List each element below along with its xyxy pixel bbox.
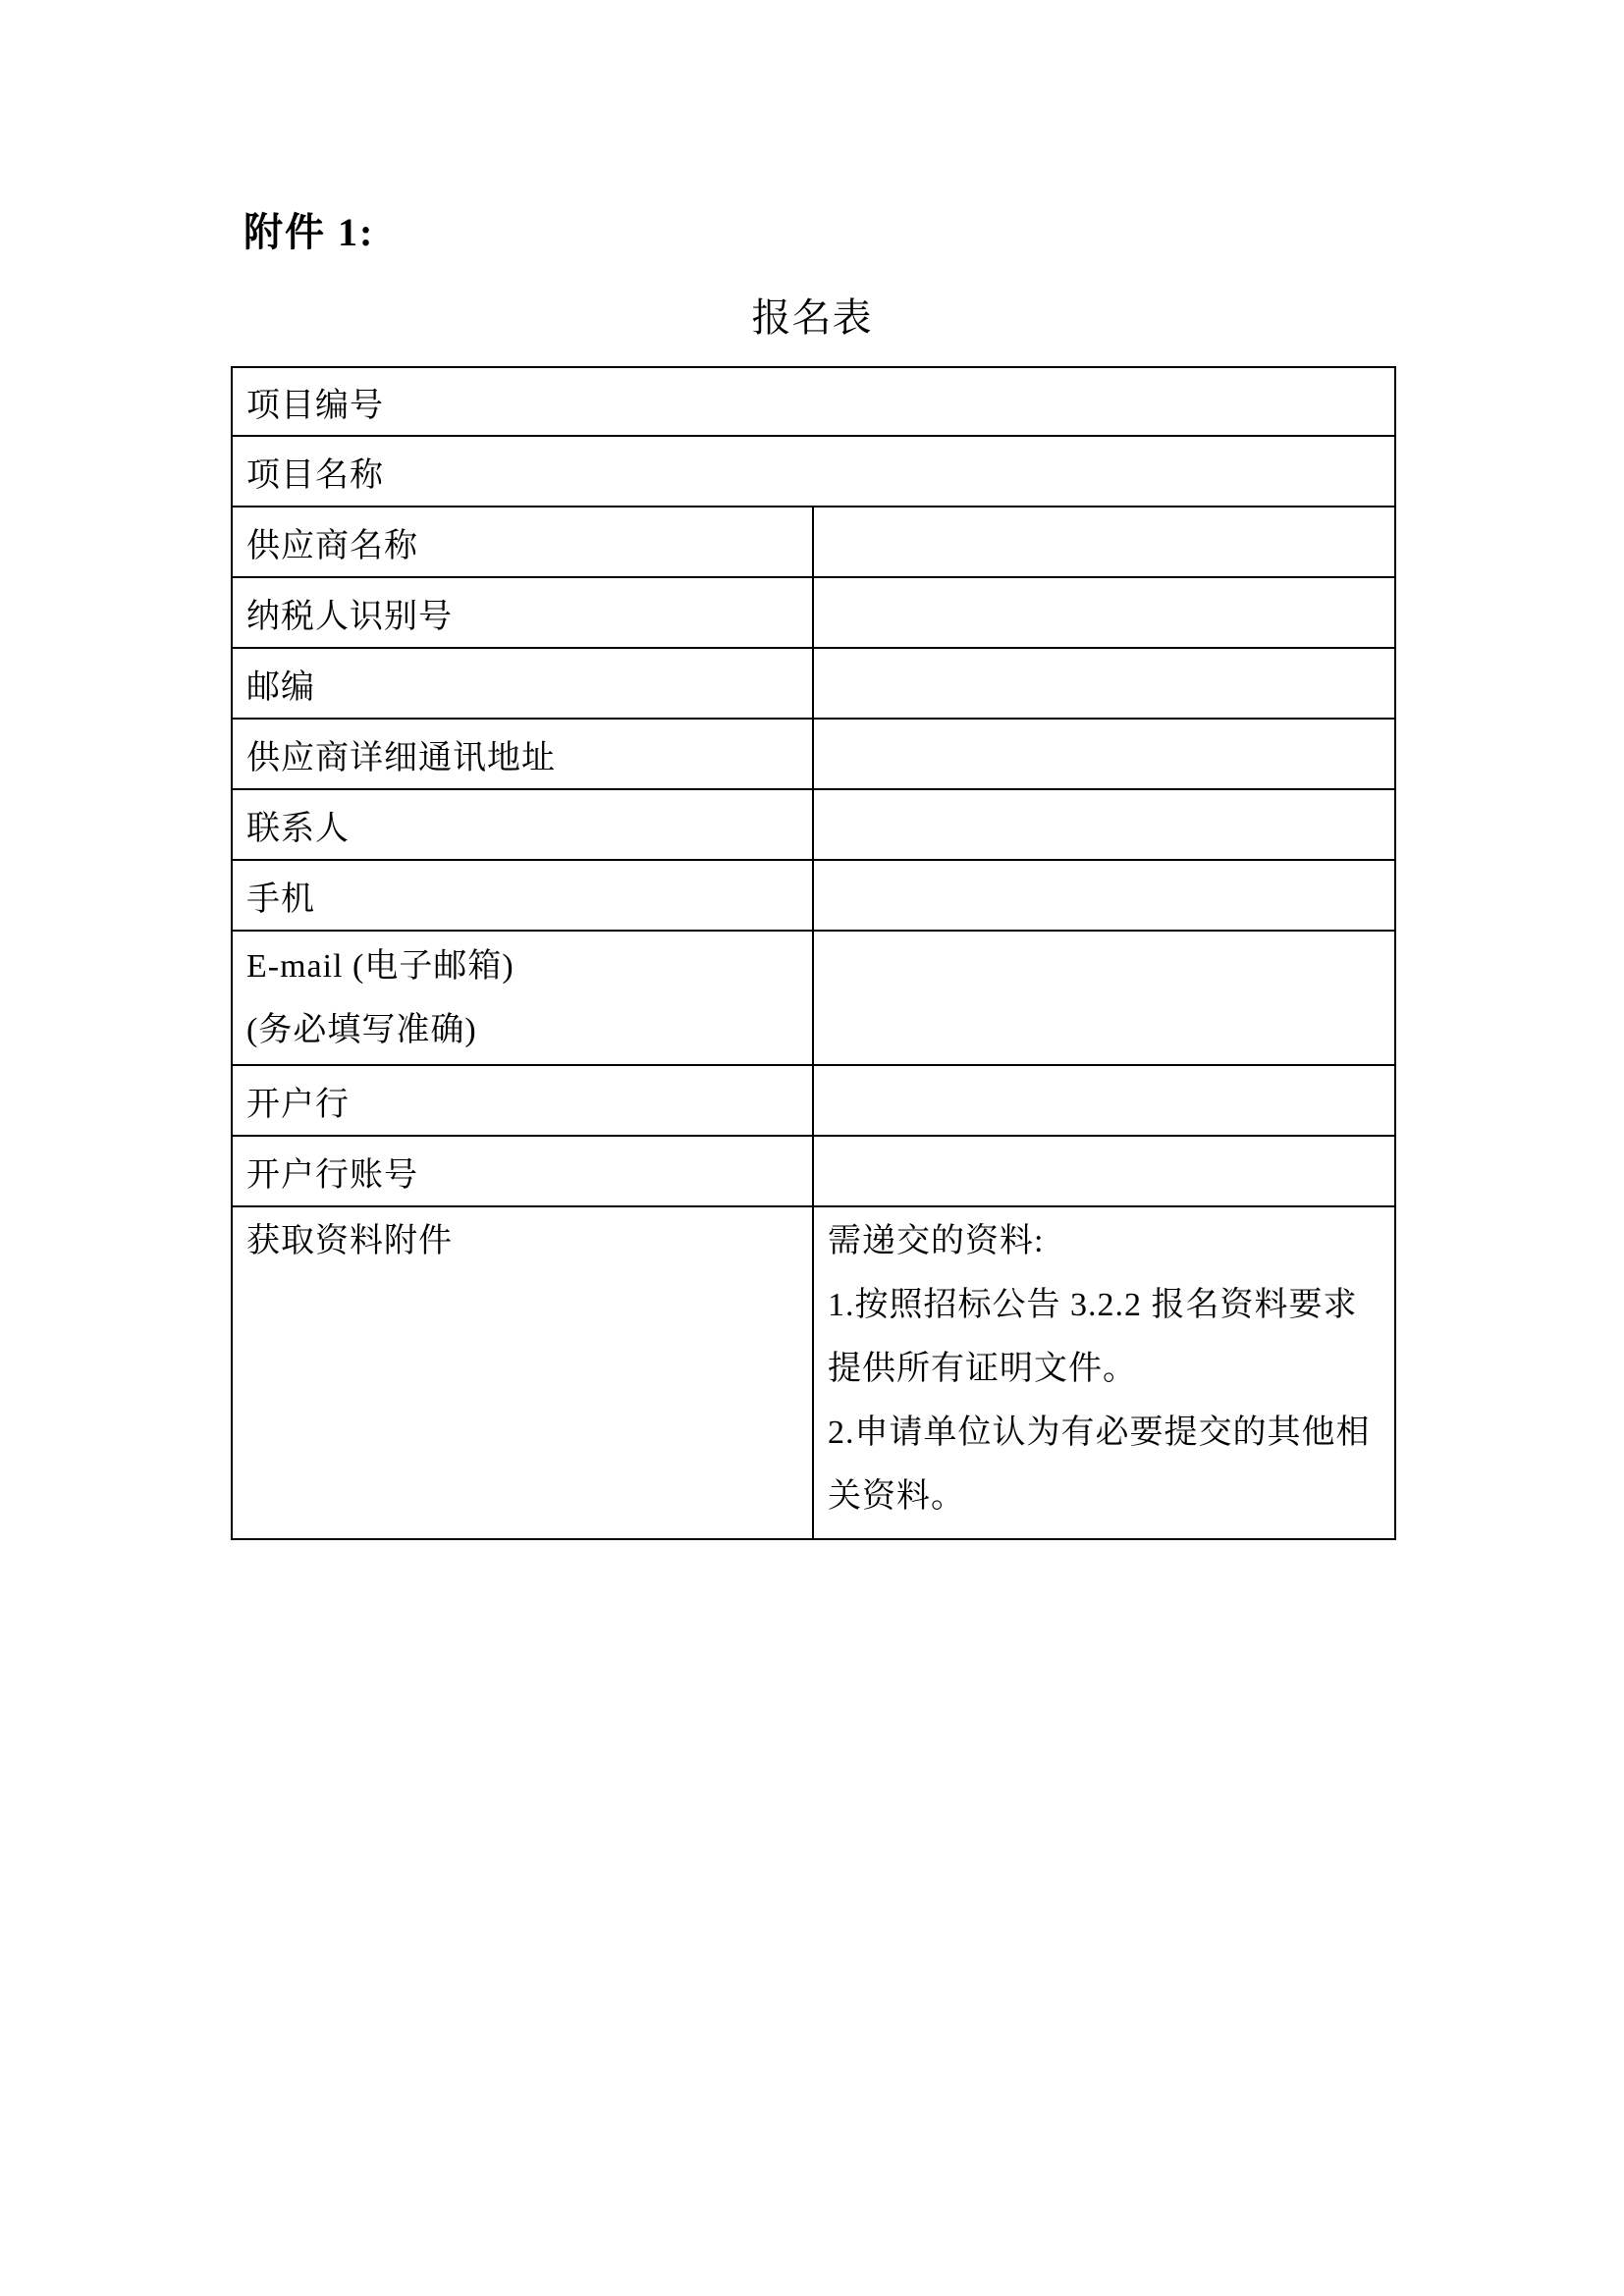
table-row-supplier-name: 供应商名称 (232, 507, 1395, 577)
materials-line-item2b: 关资料。 (828, 1465, 1384, 1528)
cell-postal-code-value (813, 648, 1395, 719)
cell-bank-name-label: 开户行 (232, 1065, 813, 1136)
materials-line-item2a: 2.申请单位认为有必要提交的其他相 (828, 1401, 1384, 1465)
table-row-bank-name: 开户行 (232, 1065, 1395, 1136)
table-row-mobile-phone: 手机 (232, 860, 1395, 931)
cell-mobile-phone-value (813, 860, 1395, 931)
cell-project-number-label: 项目编号 (232, 367, 1395, 436)
cell-supplier-name-label: 供应商名称 (232, 507, 813, 577)
cell-contact-person-value (813, 789, 1395, 860)
cell-attachment-materials-value: 需递交的资料: 1.按照招标公告 3.2.2 报名资料要求 提供所有证明文件。 … (813, 1206, 1395, 1539)
cell-bank-account-label: 开户行账号 (232, 1136, 813, 1206)
materials-line-item1b: 提供所有证明文件。 (828, 1337, 1384, 1401)
table-row-taxpayer-id: 纳税人识别号 (232, 577, 1395, 648)
table-row-supplier-address: 供应商详细通讯地址 (232, 719, 1395, 789)
cell-postal-code-label: 邮编 (232, 648, 813, 719)
materials-line-item1a: 1.按照招标公告 3.2.2 报名资料要求 (828, 1273, 1384, 1337)
table-row-project-number: 项目编号 (232, 367, 1395, 436)
materials-line-heading: 需递交的资料: (828, 1209, 1384, 1273)
form-title: 报名表 (0, 295, 1624, 341)
cell-supplier-name-value (813, 507, 1395, 577)
cell-email-label: E-mail (电子邮箱) (务必填写准确) (232, 931, 813, 1065)
cell-mobile-phone-label: 手机 (232, 860, 813, 931)
cell-supplier-address-label: 供应商详细通讯地址 (232, 719, 813, 789)
attachment-heading: 附件 1: (244, 210, 374, 255)
email-label-line2: (务必填写准确) (246, 998, 802, 1062)
table-row-bank-account: 开户行账号 (232, 1136, 1395, 1206)
table-row-contact-person: 联系人 (232, 789, 1395, 860)
table-row-postal-code: 邮编 (232, 648, 1395, 719)
table-row-project-name: 项目名称 (232, 436, 1395, 507)
cell-bank-name-value (813, 1065, 1395, 1136)
table-row-attachment-materials: 获取资料附件 需递交的资料: 1.按照招标公告 3.2.2 报名资料要求 提供所… (232, 1206, 1395, 1539)
cell-project-name-label: 项目名称 (232, 436, 1395, 507)
cell-taxpayer-id-value (813, 577, 1395, 648)
table-row-email: E-mail (电子邮箱) (务必填写准确) (232, 931, 1395, 1065)
email-label-line1: E-mail (电子邮箱) (246, 934, 802, 998)
document-page: 附件 1: 报名表 项目编号 项目名称 供应商名称 纳税人识别号 邮编 供应商详… (0, 0, 1624, 2296)
cell-email-value (813, 931, 1395, 1065)
cell-supplier-address-value (813, 719, 1395, 789)
cell-bank-account-value (813, 1136, 1395, 1206)
cell-taxpayer-id-label: 纳税人识别号 (232, 577, 813, 648)
cell-attachment-materials-label: 获取资料附件 (232, 1206, 813, 1539)
cell-contact-person-label: 联系人 (232, 789, 813, 860)
registration-form-table: 项目编号 项目名称 供应商名称 纳税人识别号 邮编 供应商详细通讯地址 联系人 … (231, 366, 1396, 1540)
